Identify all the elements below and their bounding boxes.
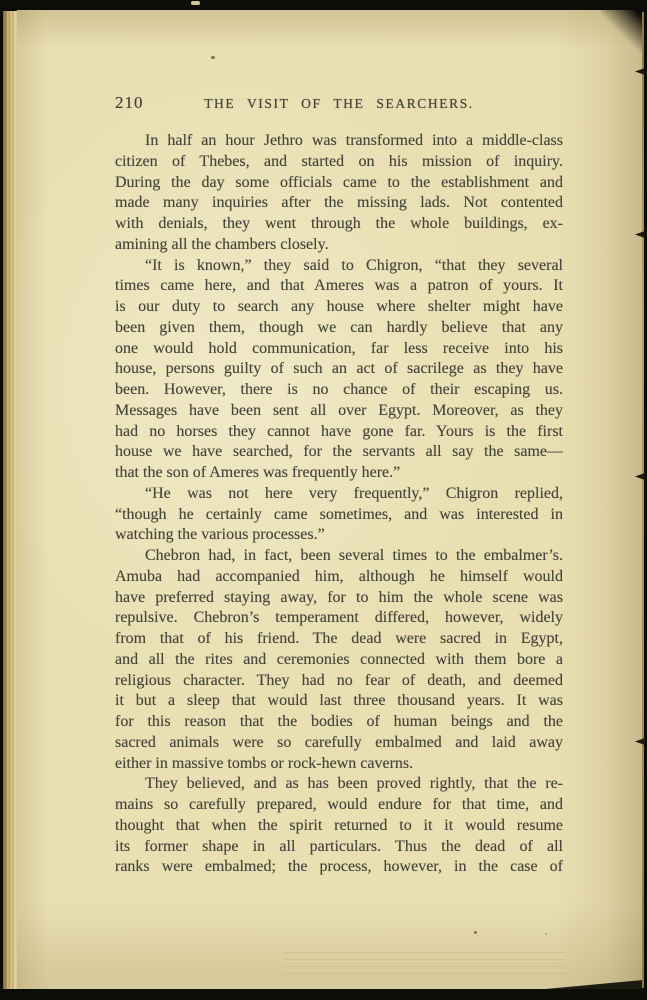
page-edge-highlight — [642, 12, 644, 988]
text-line: been. However, there is no chance of the… — [115, 380, 563, 401]
text-line: been given them, though we can hardly be… — [115, 318, 563, 339]
body-text: In half an hour Jethro was transformed i… — [115, 131, 563, 878]
text-line: have preferred staying away, for to him … — [115, 588, 563, 609]
text-line: Messages have been sent all over Egypt. … — [115, 401, 563, 422]
text-line: citizen of Thebes, and started on his mi… — [115, 152, 563, 173]
text-line: amining all the chambers closely. — [115, 235, 563, 256]
text-line: watching the various processes.” — [115, 525, 563, 546]
page-edge-stack — [3, 11, 17, 991]
text-line: In half an hour Jethro was transformed i… — [115, 131, 563, 152]
text-line: During the day some officials came to th… — [115, 173, 563, 194]
text-line: times came here, and that Ameres was a p… — [115, 276, 563, 297]
text-line: sacred animals were so carefully embalme… — [115, 733, 563, 754]
paragraph: “He was not here very frequently,” Chigr… — [115, 484, 563, 546]
text-line: repulsive. Chebron’s temperament differe… — [115, 608, 563, 629]
book-page: 210 THE VISIT OF THE SEARCHERS. In half … — [17, 10, 643, 989]
paragraph: Chebron had, in fact, been several times… — [115, 546, 563, 774]
text-line: Chebron had, in fact, been several times… — [115, 546, 563, 567]
text-line: “He was not here very frequently,” Chigr… — [115, 484, 563, 505]
text-line: religious character. They had no fear of… — [115, 671, 563, 692]
paper-speck — [545, 933, 547, 935]
text-line: from that of his friend. The dead were s… — [115, 629, 563, 650]
paragraph: They believed, and as has been proved ri… — [115, 774, 563, 878]
paragraph: “It is known,” they said to Chigron, “th… — [115, 256, 563, 484]
running-header: THE VISIT OF THE SEARCHERS. — [115, 96, 563, 112]
paper-texture-streaks — [285, 952, 565, 974]
text-line: and all the rites and ceremonies connect… — [115, 650, 563, 671]
text-line: house we have searched, for the servants… — [115, 442, 563, 463]
scanner-notch — [191, 1, 200, 5]
text-line: “though he certainly came sometimes, and… — [115, 505, 563, 526]
scan-border-top — [0, 0, 647, 10]
text-line: that the son of Ameres was frequently he… — [115, 463, 563, 484]
paragraph: In half an hour Jethro was transformed i… — [115, 131, 563, 256]
text-line: Amuba had accompanied him, although he h… — [115, 567, 563, 588]
text-line: thought that when the spirit returned to… — [115, 816, 563, 837]
text-line: with denials, they went through the whol… — [115, 214, 563, 235]
text-line: “It is known,” they said to Chigron, “th… — [115, 256, 563, 277]
text-line: house, persons guilty of such an act of … — [115, 359, 563, 380]
corner-shadow-top-right — [601, 0, 647, 52]
paper-speck — [211, 56, 215, 59]
page-header: 210 THE VISIT OF THE SEARCHERS. — [115, 93, 563, 115]
text-line: it but a sleep that would last three tho… — [115, 691, 563, 712]
text-line: made many inquiries after the missing la… — [115, 193, 563, 214]
text-line: one would hold communication, far less r… — [115, 339, 563, 360]
text-line: mains so carefully prepared, would endur… — [115, 795, 563, 816]
text-line: ranks were embalmed; the process, howeve… — [115, 857, 563, 878]
book-scan: 210 THE VISIT OF THE SEARCHERS. In half … — [0, 0, 647, 1000]
paper-speck — [474, 931, 477, 934]
text-line: its former shape in all particulars. Thu… — [115, 837, 563, 858]
text-line: They believed, and as has been proved ri… — [115, 774, 563, 795]
text-line: either in massive tombs or rock-hewn cav… — [115, 754, 563, 775]
text-line: had no horses they cannot have gone far.… — [115, 422, 563, 443]
text-line: for this reason that the bodies of human… — [115, 712, 563, 733]
text-line: is our duty to search any house where sh… — [115, 297, 563, 318]
